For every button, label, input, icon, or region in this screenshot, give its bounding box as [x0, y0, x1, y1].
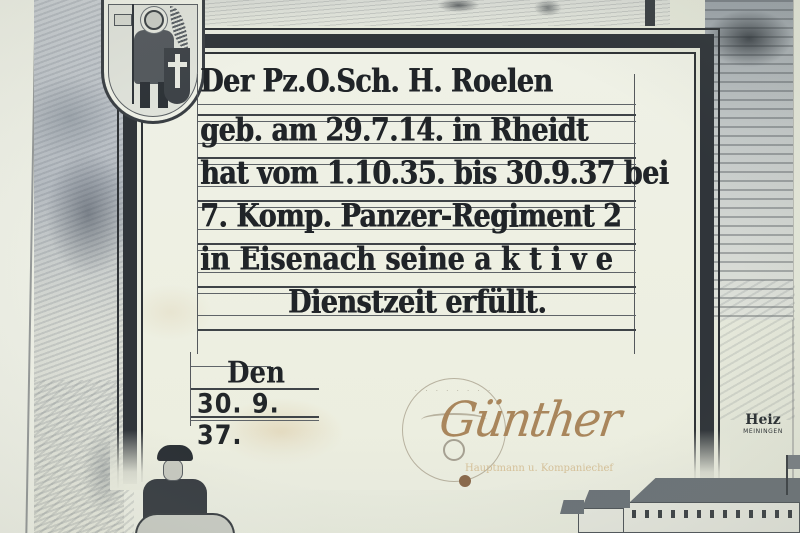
location-line: in Eisenach seine a k t i v e [200, 240, 634, 280]
text-line-2: geb. am 29.7.14. in Rheidt [198, 117, 636, 159]
birth-line: geb. am 29.7.14. in Rheidt [200, 111, 634, 151]
guide-rule [198, 329, 636, 331]
signature: Günther [436, 391, 623, 448]
date-block: Den 30. 9. 37. [190, 352, 318, 426]
tank-commander-illustration [135, 445, 245, 533]
tank-turret-icon [135, 513, 235, 533]
certificate-text-block: Der Pz.O.Sch. H. Roelen geb. am 29.7.14.… [197, 74, 635, 354]
flag-icon [788, 455, 800, 469]
date-value: 30. 9. 37. [197, 388, 318, 451]
beret-icon [157, 445, 193, 461]
side-building-roof [582, 490, 630, 508]
text-line-4: 7. Komp. Panzer-Regiment 2 [198, 203, 636, 245]
landscape-illustration [200, 0, 670, 26]
far-building-roof [560, 500, 584, 514]
completion-line: Dienstzeit erfüllt. [200, 283, 634, 323]
coat-of-arms-icon [101, 0, 205, 124]
cross-icon [175, 54, 180, 88]
service-period-line: hat vom 1.10.35. bis 30.9.37 bei [200, 154, 634, 194]
artist-city: MEININGEN [738, 428, 788, 435]
banner-icon [114, 14, 132, 26]
date-label: Den [227, 356, 285, 391]
cross-bar [168, 62, 187, 67]
saint-halo-icon [144, 10, 164, 30]
ink-stain [459, 475, 471, 487]
artist-monogram: Heiz [738, 412, 788, 428]
recipient-line: Der Pz.O.Sch. H. Roelen [200, 62, 634, 102]
unit-line: 7. Komp. Panzer-Regiment 2 [200, 197, 634, 237]
signature-title: Hauptmann u. Kompaniechef [465, 463, 613, 474]
cross-shield-icon [164, 48, 190, 104]
barracks-windows [632, 510, 797, 518]
certificate-photo: Der Pz.O.Sch. H. Roelen geb. am 29.7.14.… [0, 0, 800, 533]
side-building-wall [578, 508, 624, 533]
text-line-1: Der Pz.O.Sch. H. Roelen [198, 74, 636, 116]
guide-rule [198, 104, 636, 105]
soldier-face [163, 459, 183, 481]
barracks-illustration [560, 478, 800, 533]
text-line-6: Dienstzeit erfüllt. [198, 289, 636, 331]
artist-mark: Heiz MEININGEN [738, 412, 788, 435]
text-line-5: in Eisenach seine a k t i v e [198, 246, 636, 288]
tree-illustration [645, 0, 655, 26]
sky-shading [720, 280, 795, 420]
text-line-3: hat vom 1.10.35. bis 30.9.37 bei [198, 160, 636, 202]
barracks-roof [630, 478, 800, 502]
